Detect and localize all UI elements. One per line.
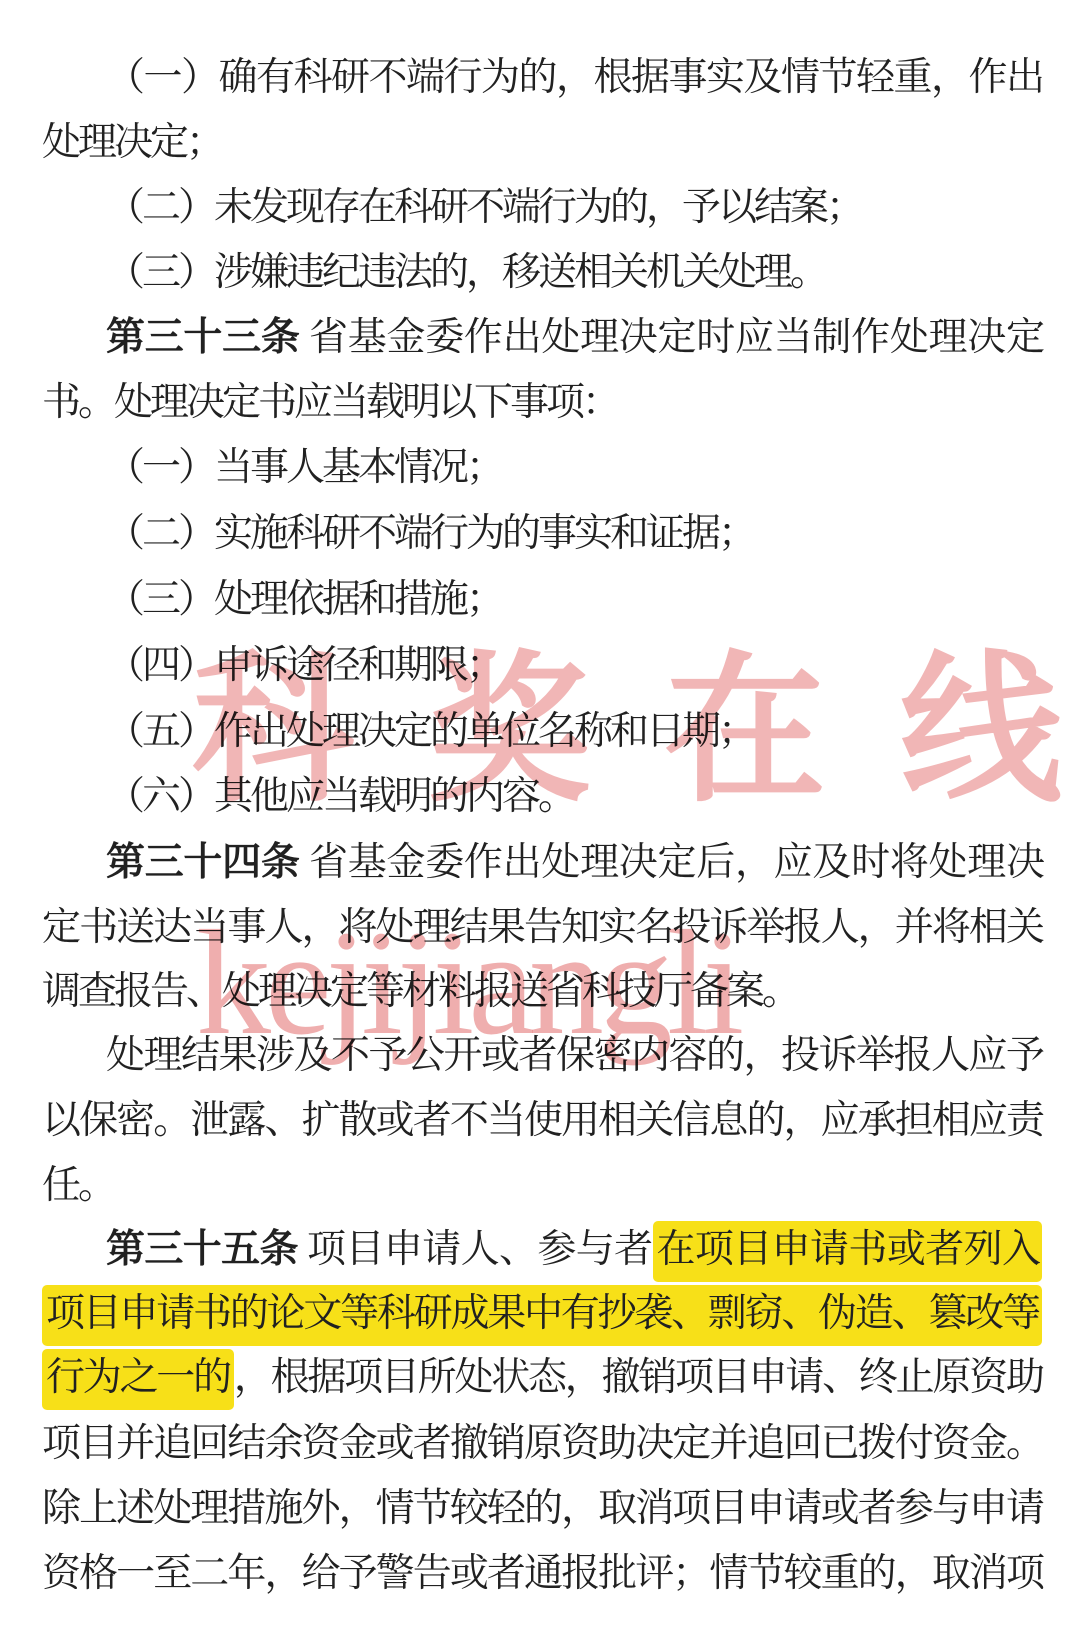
text-segment: （一）当事人基本情况； bbox=[106, 446, 502, 489]
text-line: （一）确有科研不端行为的，根据事实及情节轻重，作出 bbox=[42, 52, 1042, 104]
text-line: 第三十四条 省基金委作出处理决定后，应及时将处理决 bbox=[42, 837, 1042, 889]
text-segment: （六）其他应当载明的内容。 bbox=[106, 775, 574, 818]
highlighted-text: 行为之一的 bbox=[42, 1349, 234, 1410]
text-segment: 项目申请人、参与者 bbox=[298, 1228, 653, 1271]
text-segment: 资格一至二年，给予警告或者通报批评；情节较重的，取消项 bbox=[42, 1552, 1042, 1595]
text-line: （五）作出处理决定的单位名称和日期； bbox=[42, 706, 1042, 758]
text-line: 书。处理决定书应当载明以下事项： bbox=[42, 377, 1042, 429]
text-segment: 第三十五条 bbox=[106, 1228, 298, 1271]
text-segment: （五）作出处理决定的单位名称和日期； bbox=[106, 710, 754, 753]
text-line: （二）实施科研不端行为的事实和证据； bbox=[42, 508, 1042, 560]
text-segment: （一）确有科研不端行为的，根据事实及情节轻重，作出 bbox=[106, 56, 1042, 99]
text-line: （二）未发现存在科研不端行为的，予以结案； bbox=[42, 182, 1042, 234]
text-segment: （三）涉嫌违纪违法的，移送相关机关处理。 bbox=[106, 251, 826, 294]
text-segment: ，根据项目所处状态，撤销项目申请、终止原资助 bbox=[234, 1356, 1042, 1399]
text-segment: 省基金委作出处理决定后，应及时将处理决 bbox=[300, 841, 1042, 884]
text-segment: 处理结果涉及不予公开或者保密内容的，投诉举报人应予 bbox=[106, 1034, 1042, 1077]
text-segment: 定书送达当事人，将处理结果告知实名投诉举报人，并将相关 bbox=[42, 906, 1042, 949]
text-segment: （三）处理依据和措施； bbox=[106, 578, 502, 621]
text-segment: （二）实施科研不端行为的事实和证据； bbox=[106, 512, 754, 555]
text-segment: 任。 bbox=[42, 1164, 114, 1207]
text-segment: 以保密。泄露、扩散或者不当使用相关信息的，应承担相应责 bbox=[42, 1099, 1042, 1142]
highlighted-text: 项目申请书的论文等科研成果中有抄袭、剽窃、伪造、篡改等 bbox=[42, 1285, 1042, 1346]
text-line: 定书送达当事人，将处理结果告知实名投诉举报人，并将相关 bbox=[42, 902, 1042, 954]
text-segment: 第三十四条 bbox=[106, 841, 300, 884]
text-line: 第三十三条 省基金委作出处理决定时应当制作处理决定 bbox=[42, 312, 1042, 364]
text-line: 调查报告、处理决定等材料报送省科技厅备案。 bbox=[42, 966, 1042, 1018]
text-line: 项目申请书的论文等科研成果中有抄袭、剽窃、伪造、篡改等 bbox=[42, 1288, 1042, 1340]
text-line: 资格一至二年，给予警告或者通报批评；情节较重的，取消项 bbox=[42, 1548, 1042, 1600]
text-line: 以保密。泄露、扩散或者不当使用相关信息的，应承担相应责 bbox=[42, 1095, 1042, 1147]
text-line: 第三十五条 项目申请人、参与者在项目申请书或者列入 bbox=[42, 1224, 1042, 1276]
text-line: （三）处理依据和措施； bbox=[42, 574, 1042, 626]
text-line: （一）当事人基本情况； bbox=[42, 442, 1042, 494]
text-segment: 除上述处理措施外，情节较轻的，取消项目申请或者参与申请 bbox=[42, 1487, 1042, 1530]
text-line: 处理决定； bbox=[42, 117, 1042, 169]
text-segment: 调查报告、处理决定等材料报送省科技厅备案。 bbox=[42, 970, 798, 1013]
text-segment: 省基金委作出处理决定时应当制作处理决定 bbox=[300, 316, 1042, 359]
text-line: 任。 bbox=[42, 1160, 1042, 1212]
text-segment: 项目并追回结余资金或者撤销原资助决定并追回已拨付资金。 bbox=[42, 1422, 1042, 1465]
text-line: 除上述处理措施外，情节较轻的，取消项目申请或者参与申请 bbox=[42, 1483, 1042, 1535]
text-segment: （四）申诉途径和期限； bbox=[106, 644, 502, 687]
text-segment: （二）未发现存在科研不端行为的，予以结案； bbox=[106, 186, 862, 229]
text-line: （四）申诉途径和期限； bbox=[42, 640, 1042, 692]
text-line: 项目并追回结余资金或者撤销原资助决定并追回已拨付资金。 bbox=[42, 1418, 1042, 1470]
text-segment: 书。处理决定书应当载明以下事项： bbox=[42, 381, 618, 424]
text-segment: 第三十三条 bbox=[106, 316, 300, 359]
highlighted-text: 在项目申请书或者列入 bbox=[653, 1221, 1042, 1282]
text-line: 行为之一的，根据项目所处状态，撤销项目申请、终止原资助 bbox=[42, 1352, 1042, 1404]
text-line: （三）涉嫌违纪违法的，移送相关机关处理。 bbox=[42, 247, 1042, 299]
text-line: （六）其他应当载明的内容。 bbox=[42, 771, 1042, 823]
document-page: （一）确有科研不端行为的，根据事实及情节轻重，作出处理决定；（二）未发现存在科研… bbox=[0, 0, 1080, 1645]
text-segment: 处理决定； bbox=[42, 121, 222, 164]
text-line: 处理结果涉及不予公开或者保密内容的，投诉举报人应予 bbox=[42, 1030, 1042, 1082]
